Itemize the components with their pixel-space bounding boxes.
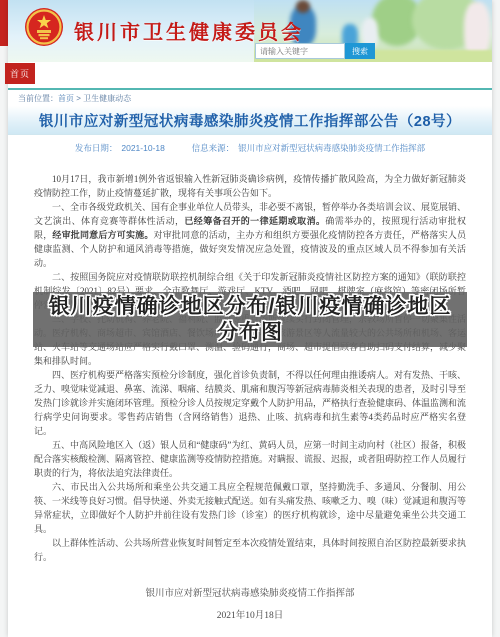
article-title-band: 银川市应对新型冠状病毒感染肺炎疫情工作指挥部公告（28号） — [8, 106, 492, 135]
paragraph: 六、市民出入公共场所和乘坐公共交通工具应全程规范佩戴口罩，坚持勤洗手、多通风、分… — [34, 480, 466, 536]
publish-date-label: 发布日期： — [75, 143, 118, 153]
divider-line — [8, 88, 492, 90]
nav-home-button[interactable]: 首页 — [5, 63, 35, 84]
paragraph: 五、中高风险地区入（返）银人员和“健康码”为红、黄码人员，应第一时间主动向村（社… — [34, 438, 466, 480]
person-graphic — [296, 0, 310, 13]
source: 银川市应对新型冠状病毒感染肺炎疫情工作指挥部 — [238, 143, 425, 153]
watermark-overlay: 银川疫情确诊地区分布/银川疫情确诊地区分布图 — [33, 292, 467, 347]
site-title: 银川市卫生健康委员会 — [74, 16, 304, 45]
breadcrumb-separator: > — [74, 94, 83, 103]
paragraph: 一、全市各级党政机关、国有企事业单位人员带头，非必要不离银，暂停举办各类培训会议… — [34, 200, 466, 270]
breadcrumb-home-link[interactable]: 首页 — [58, 94, 74, 103]
national-emblem-logo — [24, 7, 64, 47]
breadcrumb-section: 卫生健康动态 — [83, 94, 131, 103]
article-title: 银川市应对新型冠状病毒感染肺炎疫情工作指挥部公告（28号） — [39, 110, 461, 131]
paragraph: 四、医疗机构要严格落实预检分诊制度，强化首诊负责制，不得以任何理由推诿病人。对有… — [34, 368, 466, 438]
search-button[interactable]: 搜索 — [345, 43, 375, 59]
paragraph: 10月17日，我市新增1例外省返银输入性新冠肺炎确诊病例，疫情传播扩散风险高，为… — [34, 172, 466, 200]
paragraph-text-bold: 经审批同意后方可实施。 — [52, 230, 153, 240]
breadcrumb: 当前位置：首页 > 卫生健康动态 — [18, 93, 131, 104]
breadcrumb-label: 当前位置： — [18, 94, 58, 103]
signature: 银川市应对新型冠状病毒感染肺炎疫情工作指挥部 — [8, 585, 492, 599]
search-input[interactable] — [255, 43, 345, 59]
source-label: 信息来源： — [192, 143, 235, 153]
signature-date: 2021年10月18日 — [8, 607, 492, 621]
article-body: 10月17日，我市新增1例外省返银输入性新冠肺炎确诊病例，疫情传播扩散风险高，为… — [34, 172, 466, 574]
article-meta: 发布日期：2021-10-18 信息来源：银川市应对新型冠状病毒感染肺炎疫情工作… — [8, 142, 492, 154]
site-banner: 银川市卫生健康委员会 搜索 — [8, 0, 492, 62]
watermark-text: 银川疫情确诊地区分布/银川疫情确诊地区分布图 — [41, 294, 459, 346]
search-bar: 搜索 — [255, 43, 375, 59]
paragraph-text-bold: 已经筹备召开的一律延期或取消。 — [184, 216, 325, 226]
publish-date: 2021-10-18 — [121, 143, 164, 153]
page: 银川市卫生健康委员会 搜索 当前位置：首页 > 卫生健康动态 银川市应对新型冠状… — [0, 0, 500, 637]
paragraph: 以上群体性活动、公共场所营业恢复时间暂定至本次疫情处置结束，具体时间按照自治区防… — [34, 536, 466, 564]
